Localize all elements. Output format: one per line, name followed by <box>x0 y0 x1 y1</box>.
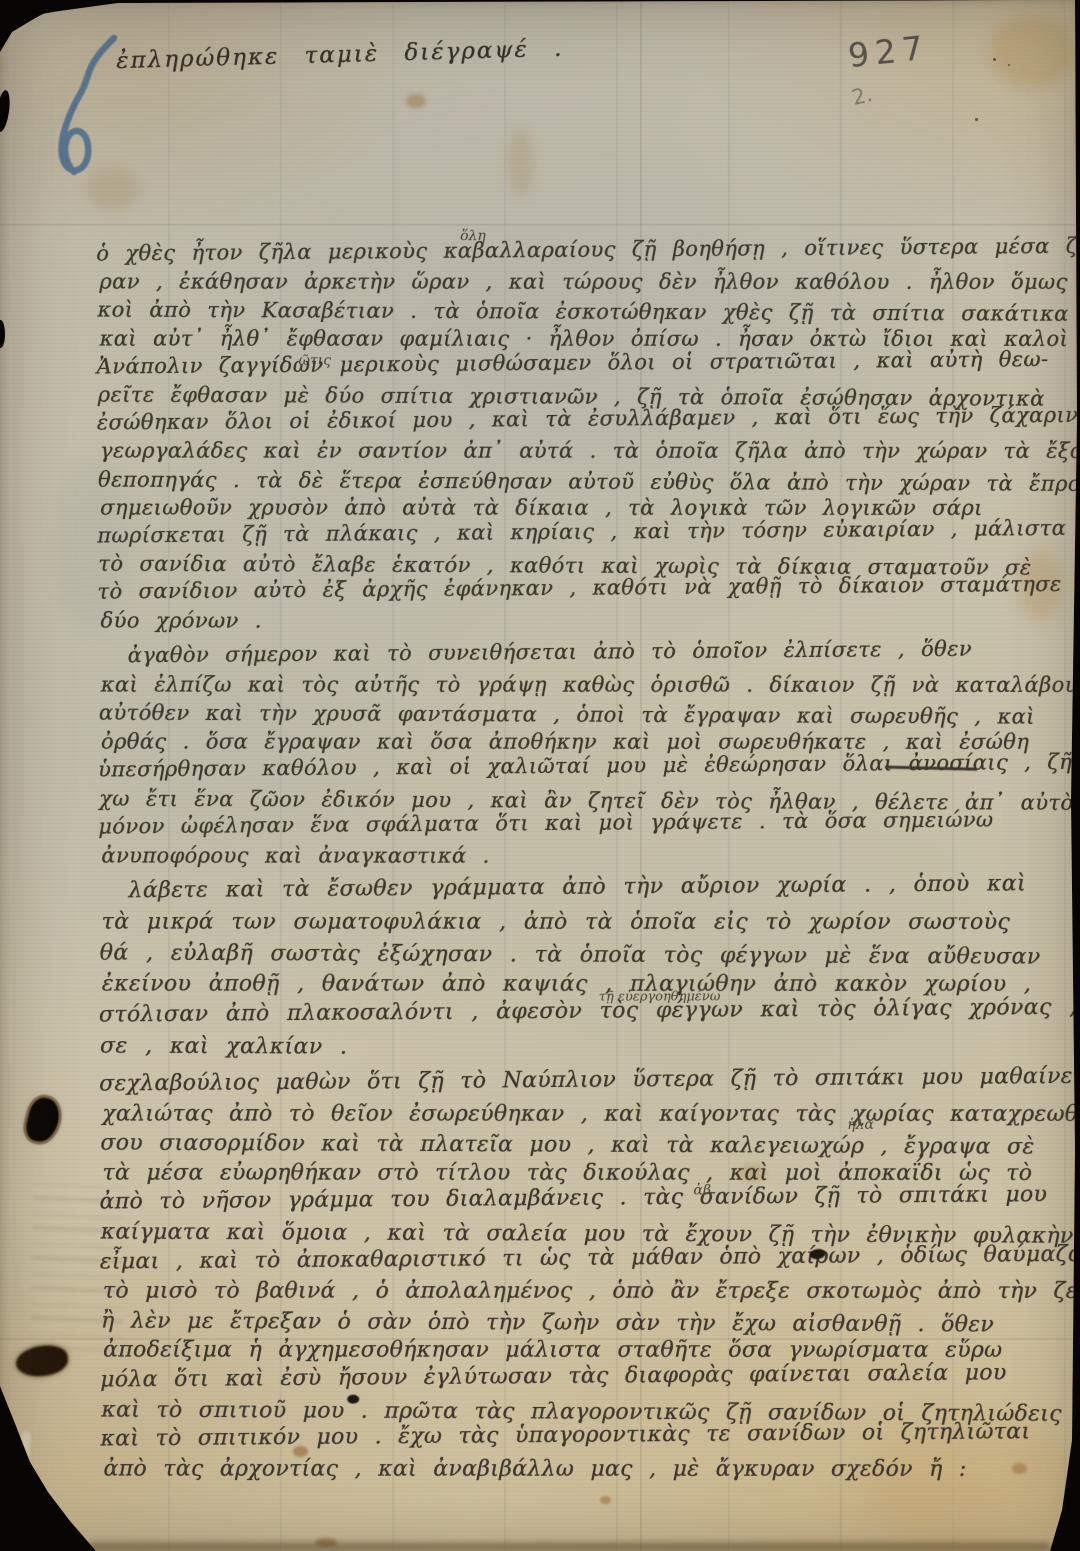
handwriting-line: τὰ μικρά των σωματοφυλάκια , ἀπὸ τὰ ὁποῖ… <box>102 907 1080 938</box>
interlinear-insertion: ἡλα <box>847 1117 874 1133</box>
handwriting-line: σεχλαβούλιος μαθὼν ὅτι ζῇ τὸ Ναύπλιον ὕσ… <box>99 1062 1079 1099</box>
handwriting-line: ραν , ἐκάθησαν ἀρκετὴν ὥραν , καὶ τώρους… <box>99 268 1079 297</box>
handwriting-line: ἀγαθὸν σήμερον καὶ τὸ συνειθήσεται ἀπὸ τ… <box>97 634 1077 670</box>
interlinear-insertion: ὅλη <box>460 228 486 244</box>
handwriting-line: ἀπὸ τὸ νῆσον γράμμα του διαλαμβάνεις . τ… <box>99 1180 1079 1217</box>
handwriting-line: κοὶ ἀπὸ τὴν Κασαβέτιαν . τὰ ὁποῖα ἐσκοτώ… <box>97 296 1077 328</box>
handwriting-line: τὸ σανίδιον αὐτὸ ἐξ ἀρχῆς ἐφάνηκαν , καθ… <box>97 570 1077 606</box>
scan-background: ἐπληρώθηκε ταμιὲ διέγραψέ . 927 2. ὁ χθὲ… <box>0 0 1080 1551</box>
paragraph-3: λάβετε καὶ τὰ ἔσωθεν γράμματα ἀπὸ τὴν αὔ… <box>98 872 1079 1061</box>
handwriting-line: τὸ μισὸ τὸ βαθινά , ὁ ἀπολαλημένος , ὁπὸ… <box>103 1277 1080 1307</box>
handwriting-line: σε , καὶ χαλκίαν . <box>100 1031 1080 1066</box>
handwriting-line: γεωργαλάδες καὶ ἐν σαντίον ἀπ᾽ αὐτά . τὰ… <box>100 437 1080 466</box>
paragraph-1: ὁ χθὲς ἦτον ζῆλα μερικοὺς καβαλλαραίους … <box>96 236 1077 634</box>
handwriting-line: ἀνυποφόρους καὶ ἀναγκαστικά . <box>101 841 1080 870</box>
ink-blot <box>347 1395 359 1404</box>
paragraph-4: σεχλαβούλιος μαθὼν ὅτι ζῇ τὸ Ναύπλιον ὕσ… <box>99 1066 1080 1484</box>
handwriting-line: ὁ χθὲς ἦτον ζῆλα μερικοὺς καβαλλαραίους … <box>96 232 1076 268</box>
handwriting-line: θά , εὐλαβῆ σωστὰς ἐξώχησαν . τὰ ὁποῖα τ… <box>100 938 1080 973</box>
letter-body: ὁ χθὲς ἦτον ζῆλα μερικοὺς καβαλλαραίους … <box>0 0 1080 1551</box>
handwriting-line: δύο χρόνων . <box>100 606 1080 635</box>
handwriting-line: αὐτόθεν καὶ τὴν χρυσᾶ φαντάσματα , ὁποὶ … <box>99 699 1079 732</box>
handwriting-line: καὶ ἐλπίζω καὶ τὸς αὐτῆς τὸ γράψῃ καθὼς … <box>101 670 1080 699</box>
handwriting-line: στόλισαν ἀπὸ πλακοσαλόντι , ἀφεσὸν τὸς φ… <box>99 992 1079 1031</box>
handwriting-line: ἐσώθηκαν ὅλοι οἱ ἐδικοί μου , καὶ τὰ ἐσυ… <box>97 401 1077 437</box>
interlinear-insertion: ἀβ <box>693 1182 711 1198</box>
handwriting-line: λάβετε καὶ τὰ ἔσωθεν γράμματα ἀπὸ τὴν αὔ… <box>98 868 1078 907</box>
manuscript-page: ἐπληρώθηκε ταμιὲ διέγραψέ . 927 2. ὁ χθὲ… <box>0 0 1080 1551</box>
handwriting-line: καὶ τὸ σπιτικόν μου . ἔχω τὰς ὑπαγοροντι… <box>100 1417 1080 1454</box>
paragraph-2: ἀγαθὸν σήμερον καὶ τὸ συνειθήσεται ἀπὸ τ… <box>98 638 1079 869</box>
handwriting-line: χαλιώτας ἀπὸ τὸ θεῖον ἐσωρεύθηκαν , καὶ … <box>102 1099 1080 1129</box>
interlinear-insertion: τῇ εὐεργοηθημένω <box>599 989 721 1004</box>
interlinear-insertion: ῶτις <box>299 353 332 369</box>
handwriting-line: σου σιασορμίδον καὶ τὰ πλατεῖα μου , καὶ… <box>100 1129 1080 1163</box>
handwriting-line: ἀπὸ τὰς ἀρχοντίας , καὶ ἀναβιβάλλω μας ,… <box>103 1454 1080 1484</box>
